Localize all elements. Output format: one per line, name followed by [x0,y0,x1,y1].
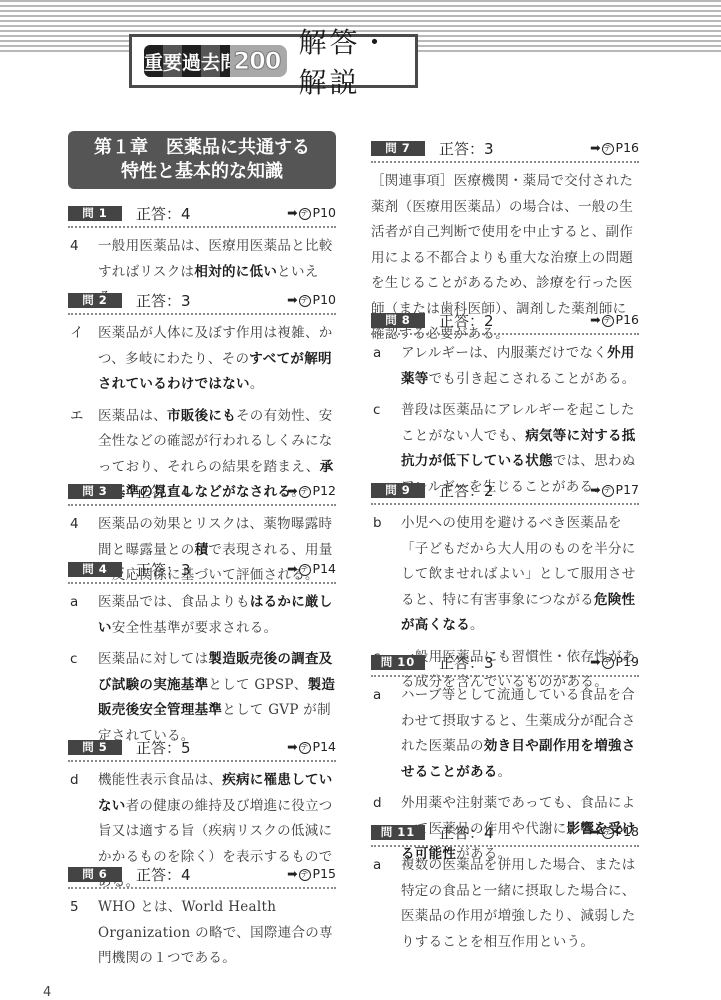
correct-answer: 正答：3 [439,652,494,673]
page-title-box: 重 要 過 去 問 200 解答・解説 [129,34,418,88]
question-block: 問4正答：3➡テP14a医薬品では、食品よりもはるかに厳しい安全性基準が要求され… [68,559,336,749]
question-block: 問8正答：2➡テP16aアレルギーは、内服薬だけでなく外用薬等でも引き起こされる… [371,310,639,500]
arrow-right-icon: ➡ [287,866,297,881]
explanation-item: aハーブ等として流通している食品を合わせて摂取すると、生薬成分が配合された医薬品… [371,683,639,785]
item-text-plain: 複数の医薬品を併用した場合、または特定の食品と一緒に摂取した場合に、医薬品の作用… [401,857,636,950]
item-text-emphasis: 相対的に低い [194,264,277,280]
question-number-badge: 問2 [68,293,122,308]
dotted-divider [68,887,336,889]
page-reference: ➡テP10 [287,292,336,307]
item-text-emphasis: 積 [195,542,209,558]
reference-page: P15 [313,866,336,881]
question-number-badge: 問9 [371,483,425,498]
question-header: 問4正答：3➡テP14 [68,559,336,579]
item-label: イ [68,321,98,398]
question-number: 3 [99,484,108,498]
question-number: 1 [99,206,108,220]
chapter-heading-line1: 第１章 医薬品に共通する [68,136,336,160]
page-reference: ➡テP12 [287,483,336,498]
reference-page: P17 [616,482,639,497]
dotted-divider [68,760,336,762]
question-header: 問10正答：3➡テP19 [371,652,639,672]
question-number: 2 [99,293,108,307]
dotted-divider [371,333,639,335]
correct-answer: 正答：4 [136,203,191,224]
item-text-plain: 機能性表示食品は、 [98,772,222,788]
item-text-plain: として GPSP、 [208,677,307,693]
question-number: 11 [397,825,415,839]
explanation-item: 5WHO とは、World Health Organization の略で、国際… [68,895,336,972]
textbook-circle-icon: テ [602,657,614,669]
page-reference: ➡テP19 [590,654,639,669]
correct-answer: 正答：3 [136,290,191,311]
reference-page: P14 [313,561,336,576]
question-number: 10 [397,655,415,669]
item-text: アレルギーは、内服薬だけでなく外用薬等でも引き起こされることがある。 [401,341,639,392]
item-text-plain: アレルギーは、内服薬だけでなく [401,345,607,361]
arrow-right-icon: ➡ [590,654,600,669]
item-text: 医薬品では、食品よりもはるかに厳しい安全性基準が要求される。 [98,590,336,641]
question-block: 問11正答：4➡テP18a複数の医薬品を併用した場合、または特定の食品と一緒に摂… [371,822,639,955]
title-kanji: 去 [201,45,220,77]
textbook-circle-icon: テ [602,315,614,327]
page-reference: ➡テP15 [287,866,336,881]
arrow-right-icon: ➡ [590,140,600,155]
item-text: WHO とは、World Health Organization の略で、国際連… [98,895,336,972]
explanation-item: aアレルギーは、内服薬だけでなく外用薬等でも引き起こされることがある。 [371,341,639,392]
item-label: 5 [68,895,98,972]
question-block: 問6正答：4➡テP155WHO とは、World Health Organiza… [68,864,336,972]
question-block: 問2正答：3➡テP10イ医薬品が人体に及ぼす作用は複雑、かつ、多岐にわたり、その… [68,290,336,506]
textbook-circle-icon: テ [602,827,614,839]
question-label: 問 [82,739,95,755]
dotted-divider [68,313,336,315]
question-number-badge: 問1 [68,206,122,221]
item-text-plain: 。 [498,764,512,780]
question-number: 8 [402,313,411,327]
page-reference: ➡テP16 [590,312,639,327]
question-number: 9 [402,483,411,497]
arrow-right-icon: ➡ [590,482,600,497]
title-kanji: 過 [182,45,201,77]
item-text-plain: WHO とは、World Health Organization の略で、国際連… [98,899,333,966]
question-label: 問 [385,312,398,328]
arrow-right-icon: ➡ [590,312,600,327]
reference-page: P18 [616,824,639,839]
reference-page: P19 [616,654,639,669]
item-text-plain: 。 [250,376,264,392]
question-label: 問 [82,205,95,221]
item-text: 医薬品が人体に及ぼす作用は複雑、かつ、多岐にわたり、そのすべてが解明されているわ… [98,321,336,398]
item-label: a [371,341,401,392]
textbook-circle-icon: テ [299,564,311,576]
arrow-right-icon: ➡ [590,824,600,839]
question-label: 問 [381,654,394,670]
question-number-badge: 問8 [371,313,425,328]
question-header: 問5正答：5➡テP14 [68,737,336,757]
textbook-circle-icon: テ [299,486,311,498]
correct-answer: 正答：4 [136,864,191,885]
question-number-badge: 問3 [68,484,122,499]
question-number: 4 [99,562,108,576]
question-label: 問 [82,561,95,577]
item-label: b [371,511,401,639]
textbook-circle-icon: テ [299,208,311,220]
explanation-item: c医薬品に対しては製造販売後の調査及び試験の実施基準として GPSP、製造販売後… [68,647,336,749]
question-number-badge: 問4 [68,562,122,577]
arrow-right-icon: ➡ [287,561,297,576]
question-number-badge: 問6 [68,867,122,882]
page-reference: ➡テP14 [287,561,336,576]
reference-page: P16 [616,140,639,155]
question-label: 問 [82,292,95,308]
dotted-divider [371,845,639,847]
question-number-badge: 問10 [371,655,425,670]
question-header: 問3正答：4➡テP12 [68,481,336,501]
title-kanji: 重 [144,45,163,77]
correct-answer: 正答：4 [136,481,191,502]
reference-page: P10 [313,205,336,220]
explanation-item: b小児への使用を避けるべき医薬品を「子どもだから大人用のものを半分にして飲ませれ… [371,511,639,639]
dotted-divider [68,226,336,228]
arrow-right-icon: ➡ [287,205,297,220]
textbook-circle-icon: テ [602,485,614,497]
item-text: 小児への使用を避けるべき医薬品を「子どもだから大人用のものを半分にして飲ませれば… [401,511,639,639]
question-header: 問1正答：4➡テP10 [68,203,336,223]
question-header: 問8正答：2➡テP16 [371,310,639,330]
correct-answer: 正答：2 [439,310,494,331]
question-label: 問 [82,483,95,499]
item-text-plain: 安全性基準が要求される。 [112,620,278,636]
question-header: 問6正答：4➡テP15 [68,864,336,884]
item-label: a [371,853,401,955]
correct-answer: 正答：2 [439,480,494,501]
correct-answer: 正答：3 [439,138,494,159]
explanation-item: a複数の医薬品を併用した場合、または特定の食品と一緒に摂取した場合に、医薬品の作… [371,853,639,955]
reference-page: P14 [313,739,336,754]
page-reference: ➡テP10 [287,205,336,220]
explanation-item: イ医薬品が人体に及ぼす作用は複雑、かつ、多岐にわたり、そのすべてが解明されている… [68,321,336,398]
question-label: 問 [385,140,398,156]
item-text: ハーブ等として流通している食品を合わせて摂取すると、生薬成分が配合された医薬品の… [401,683,639,785]
question-number: 5 [99,740,108,754]
item-text-plain: 医薬品に対しては [98,651,208,667]
question-number-badge: 問11 [371,825,425,840]
arrow-right-icon: ➡ [287,739,297,754]
dotted-divider [371,161,639,163]
chapter-heading: 第１章 医薬品に共通する 特性と基本的な知識 [68,131,336,189]
page-title: 解答・解説 [299,21,415,101]
correct-answer: 正答：4 [439,822,494,843]
page-reference: ➡テP18 [590,824,639,839]
title-kanji-block: 重 要 過 去 問 [144,45,230,77]
question-number: 7 [402,141,411,155]
page-reference: ➡テP16 [590,140,639,155]
item-text-emphasis: 市販後にも [167,408,236,424]
page-number: 4 [43,985,51,1000]
item-label: a [371,683,401,785]
textbook-circle-icon: テ [299,295,311,307]
item-label: a [68,590,98,641]
page-reference: ➡テP14 [287,739,336,754]
question-header: 問7正答：3➡テP16 [371,138,639,158]
item-label: c [68,647,98,749]
item-text-plain: 医薬品は、 [98,408,167,424]
question-header: 問11正答：4➡テP18 [371,822,639,842]
title-number: 200 [230,45,286,77]
explanation-item: a医薬品では、食品よりもはるかに厳しい安全性基準が要求される。 [68,590,336,641]
arrow-right-icon: ➡ [287,483,297,498]
question-number: 6 [99,867,108,881]
dotted-divider [68,504,336,506]
chapter-heading-line2: 特性と基本的な知識 [68,160,336,184]
question-label: 問 [385,482,398,498]
question-label: 問 [381,824,394,840]
correct-answer: 正答：3 [136,559,191,580]
question-number-badge: 問5 [68,740,122,755]
correct-answer: 正答：5 [136,737,191,758]
item-text: 医薬品に対しては製造販売後の調査及び試験の実施基準として GPSP、製造販売後安… [98,647,336,749]
title-kanji: 要 [163,45,182,77]
item-text-plain: でも引き起こされることがある。 [429,371,636,387]
arrow-right-icon: ➡ [287,292,297,307]
dotted-divider [68,582,336,584]
reference-page: P12 [313,483,336,498]
textbook-circle-icon: テ [299,869,311,881]
reference-page: P16 [616,312,639,327]
reference-page: P10 [313,292,336,307]
question-number-badge: 問7 [371,141,425,156]
page-reference: ➡テP17 [590,482,639,497]
question-label: 問 [82,866,95,882]
textbook-circle-icon: テ [299,742,311,754]
textbook-circle-icon: テ [602,143,614,155]
dotted-divider [371,503,639,505]
question-header: 問9正答：2➡テP17 [371,480,639,500]
item-text-plain: 。 [470,617,484,633]
title-kanji: 問 [220,45,230,77]
item-text: 複数の医薬品を併用した場合、または特定の食品と一緒に摂取した場合に、医薬品の作用… [401,853,639,955]
item-text-plain: 医薬品では、食品よりも [98,594,250,610]
question-header: 問2正答：3➡テP10 [68,290,336,310]
dotted-divider [371,675,639,677]
